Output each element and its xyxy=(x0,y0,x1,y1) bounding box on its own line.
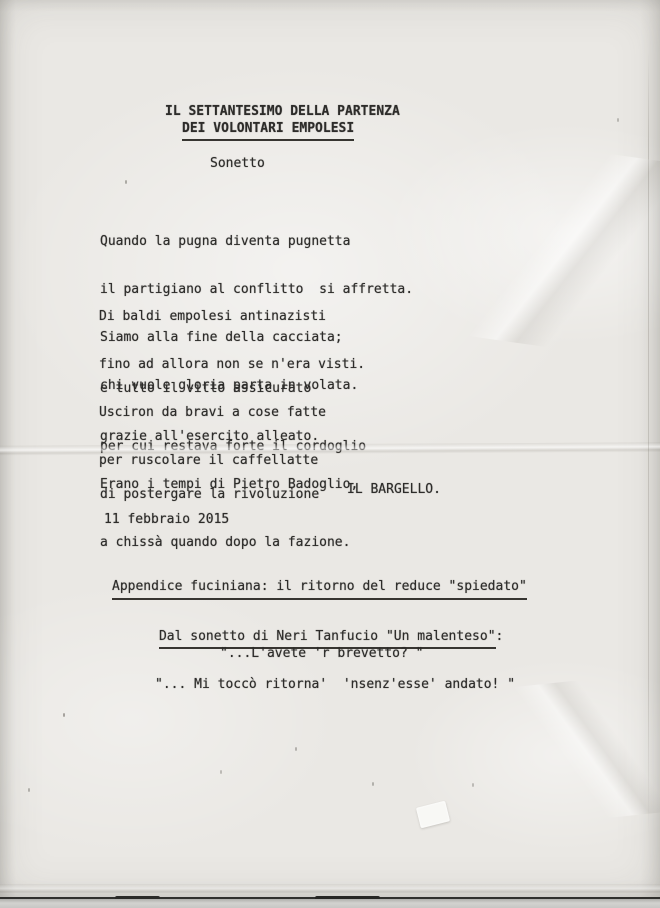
document-scan: IL SETTANTESIMO DELLA PARTENZA DEI VOLON… xyxy=(0,0,660,908)
title-line-1: IL SETTANTESIMO DELLA PARTENZA xyxy=(165,104,400,120)
appendix-source-colon: : xyxy=(496,629,504,644)
quote-1: "...L'avete 'r brevetto? " xyxy=(220,646,424,662)
date: 11 febbraio 2015 xyxy=(104,512,229,528)
poem-line: di postergare la rivoluzione xyxy=(100,487,366,503)
scanner-background-strip xyxy=(0,899,660,908)
poem-line: Di baldi empolesi antinazisti xyxy=(99,309,365,325)
fold-crease-middle xyxy=(0,442,660,456)
appendix-heading: Appendice fuciniana: il ritorno del redu… xyxy=(112,580,527,600)
fold-crease-bottom xyxy=(0,884,660,893)
signature: IL BARGELLO. xyxy=(347,482,441,498)
wrinkle-shadow-bottom-right xyxy=(493,671,660,828)
stanza-4: per cui restava forte il cordoglio di po… xyxy=(100,407,366,583)
dust-specks xyxy=(63,713,65,717)
poem-line: e tutto il vitto assicurato xyxy=(100,381,358,397)
paper-sheet: IL SETTANTESIMO DELLA PARTENZA DEI VOLON… xyxy=(0,0,660,899)
subtitle: Sonetto xyxy=(210,156,265,172)
wrinkle-shadow-right xyxy=(467,138,660,362)
quote-2: "... Mi toccò ritorna' 'nsenz'esse' anda… xyxy=(155,677,515,693)
title-line-2: DEI VOLONTARI EMPOLESI xyxy=(182,122,354,141)
tape-patch xyxy=(416,801,450,829)
poem-line: a chissà quando dopo la fazione. xyxy=(100,535,366,551)
poem-line: Quando la pugna diventa pugnetta xyxy=(100,234,413,250)
